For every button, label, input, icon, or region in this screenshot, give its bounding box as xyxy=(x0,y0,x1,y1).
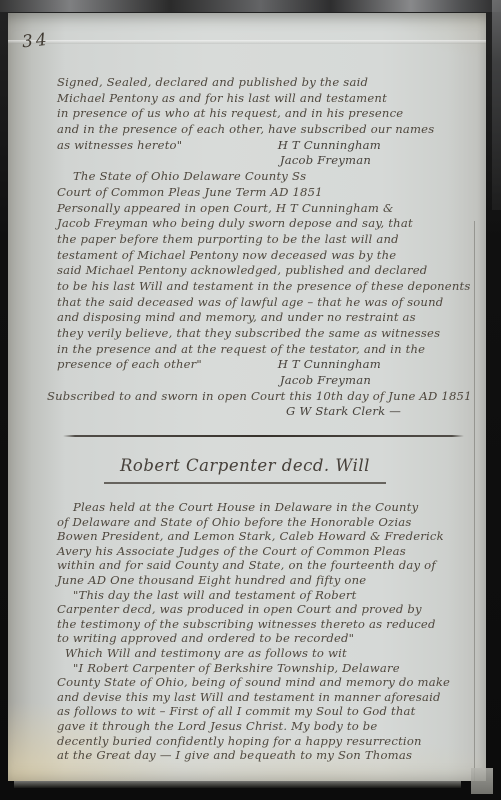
manuscript-line: The State of Ohio Delaware County Ss xyxy=(57,169,481,185)
book-edge-sliver xyxy=(471,768,493,794)
manuscript-line: Carpenter decd, was produced in open Cou… xyxy=(57,602,481,617)
manuscript-line: Pleas held at the Court House in Delawar… xyxy=(57,500,481,515)
carpenter-will-heading: Robert Carpenter decd. Will xyxy=(104,456,386,484)
scan-background: 34 Signed, Sealed, declared and publishe… xyxy=(0,0,501,800)
manuscript-line: that the said deceased was of lawful age… xyxy=(57,295,481,311)
scanner-glare-top xyxy=(0,0,501,12)
manuscript-line: and in the presence of each other, have … xyxy=(57,122,481,138)
pentony-probate-record: Signed, Sealed, declared and published b… xyxy=(57,75,481,420)
section-divider-rule xyxy=(63,435,464,437)
manuscript-line: Signed, Sealed, declared and published b… xyxy=(57,75,481,91)
manuscript-line: Jacob Freyman who being duly sworn depos… xyxy=(57,216,481,232)
witness-signature: H T Cunningham xyxy=(278,357,381,373)
manuscript-line: said Michael Pentony acknowledged, publi… xyxy=(57,263,481,279)
manuscript-line: testament of Michael Pentony now decease… xyxy=(57,248,481,264)
witness-signature: Jacob Freyman xyxy=(280,373,371,389)
manuscript-line: Court of Common Pleas June Term AD 1851 xyxy=(57,185,481,201)
manuscript-line: Avery his Associate Judges of the Court … xyxy=(57,544,481,559)
manuscript-line: of Delaware and State of Ohio before the… xyxy=(57,515,481,530)
manuscript-line: the testimony of the subscribing witness… xyxy=(57,617,481,632)
manuscript-line: the paper before them purporting to be t… xyxy=(57,232,481,248)
carpenter-will-record: Pleas held at the Court House in Delawar… xyxy=(57,500,481,763)
manuscript-line: gave it through the Lord Jesus Christ. M… xyxy=(57,719,481,734)
probate-closing: presence of each other" xyxy=(57,357,202,373)
manuscript-line: and devise this my last Will and testame… xyxy=(57,690,481,705)
manuscript-line: presence of each other" H T Cunningham xyxy=(57,357,481,373)
manuscript-line: at the Great day — I give and bequeath t… xyxy=(57,748,481,763)
witness-signature: Jacob Freyman xyxy=(280,153,371,169)
manuscript-line: Jacob Freyman xyxy=(57,153,481,169)
manuscript-line: Michael Pentony as and for his last will… xyxy=(57,91,481,107)
manuscript-line: Personally appeared in open Court, H T C… xyxy=(57,201,481,217)
ledger-page: 34 Signed, Sealed, declared and publishe… xyxy=(8,13,486,781)
manuscript-line: Which Will and testimony are as follows … xyxy=(57,646,481,661)
manuscript-line: decently buried confidently hoping for a… xyxy=(57,734,481,749)
manuscript-line: as follows to wit – First of all I commi… xyxy=(57,704,481,719)
manuscript-line: Jacob Freyman xyxy=(57,373,481,389)
manuscript-line: as witnesses hereto" H T Cunningham xyxy=(57,138,481,154)
witness-signature: H T Cunningham xyxy=(278,138,381,154)
manuscript-line: to be his last Will and testament in the… xyxy=(57,279,481,295)
manuscript-line: in the presence and at the request of th… xyxy=(57,342,481,358)
clerk-signature: G W Stark Clerk — xyxy=(286,404,401,420)
manuscript-line: they verily believe, that they subscribe… xyxy=(57,326,481,342)
manuscript-line: G W Stark Clerk — xyxy=(57,404,481,420)
paper-crease xyxy=(8,40,486,44)
page-number: 34 xyxy=(21,30,51,53)
subscribed-attestation-line: Subscribed to and sworn in open Court th… xyxy=(47,389,481,405)
page-bottom-edge xyxy=(14,781,461,788)
manuscript-line: June AD One thousand Eight hundred and f… xyxy=(57,573,481,588)
manuscript-line: County State of Ohio, being of sound min… xyxy=(57,675,481,690)
manuscript-line: to writing approved and ordered to be re… xyxy=(57,631,481,646)
manuscript-line: within and for said County and State, on… xyxy=(57,558,481,573)
scanner-glare-right xyxy=(492,0,501,210)
manuscript-line: "This day the last will and testament of… xyxy=(57,588,481,603)
manuscript-line: "I Robert Carpenter of Berkshire Townshi… xyxy=(57,661,481,676)
manuscript-line: in presence of us who at his request, an… xyxy=(57,106,481,122)
manuscript-line: Bowen President, and Lemon Stark, Caleb … xyxy=(57,529,481,544)
manuscript-line: and disposing mind and memory, and under… xyxy=(57,310,481,326)
attestation-closing: as witnesses hereto" xyxy=(57,138,182,154)
